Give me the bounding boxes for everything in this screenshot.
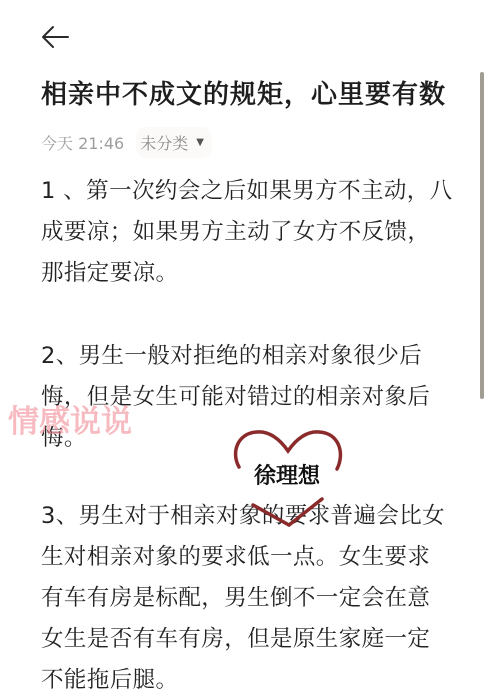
note-paragraph-1: 1 、第一次约会之后如果男方不主动，八 成要凉；如果男方主动了女方不反馈， 那指… (41, 171, 461, 294)
heart-stamp-name: 徐理想 (254, 459, 320, 490)
paragraph-line: 有车有房是标配，男生倒不一定会在意 (41, 578, 461, 619)
arrow-left-icon (40, 22, 72, 52)
paragraph-line: 不能拖后腿。 (41, 660, 461, 697)
paragraph-line: 女生是否有车有房，但是原生家庭一定 (41, 619, 461, 660)
paragraph-line: 3、男生对于相亲对象的要求普遍会比女 (41, 496, 461, 537)
vertical-scrollbar[interactable] (480, 72, 484, 399)
paragraph-line: 1 、第一次约会之后如果男方不主动，八 (41, 171, 461, 212)
note-paragraph-3: 3、男生对于相亲对象的要求普遍会比女 生对相亲对象的要求低一点。女生要求 有车有… (41, 496, 461, 697)
back-button[interactable] (40, 22, 72, 52)
paragraph-line: 悔。 (41, 418, 461, 459)
note-meta: 今天 21:46 未分类 ▼ (41, 126, 212, 158)
caret-down-icon: ▼ (196, 137, 204, 148)
note-timestamp: 今天 21:46 (41, 131, 124, 154)
paragraph-line: 生对相亲对象的要求低一点。女生要求 (41, 537, 461, 578)
paragraph-line: 2、男生一般对拒绝的相亲对象很少后 (41, 336, 461, 377)
paragraph-line: 那指定要凉。 (41, 253, 461, 294)
category-dropdown[interactable]: 未分类 ▼ (136, 127, 212, 158)
paragraph-line: 悔，但是女生可能对错过的相亲对象后 (41, 377, 461, 418)
note-paragraph-2: 2、男生一般对拒绝的相亲对象很少后 悔，但是女生可能对错过的相亲对象后 悔。 (41, 336, 461, 459)
paragraph-line: 成要凉；如果男方主动了女方不反馈， (41, 212, 461, 253)
category-label: 未分类 (140, 131, 188, 154)
note-title: 相亲中不成文的规矩，心里要有数 (41, 74, 446, 111)
